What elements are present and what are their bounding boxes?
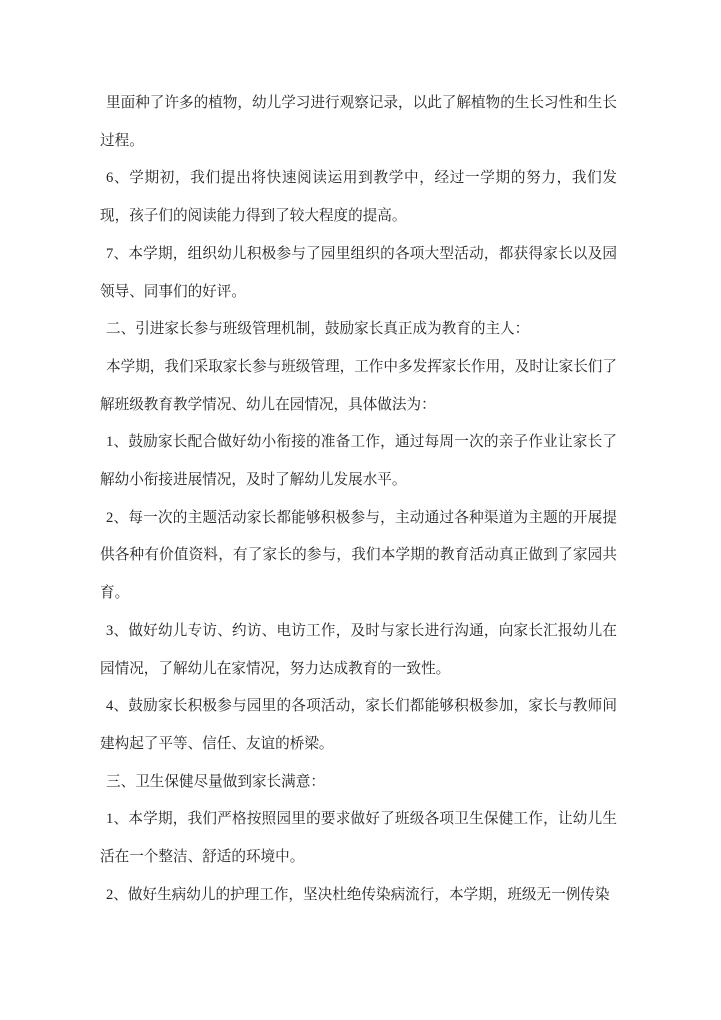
paragraph: 3、做好幼儿专访、约访、电访工作，及时与家长进行沟通，向家长汇报幼儿在园情况，了…	[100, 613, 617, 688]
paragraph: 2、每一次的主题活动家长都能够积极参与，主动通过各种渠道为主题的开展提供各种有价…	[100, 500, 617, 613]
paragraph: 4、鼓励家长积极参与园里的各项活动，家长们都能够积极参加，家长与教师间建构起了平…	[100, 688, 617, 763]
paragraph: 7、本学期，组织幼儿积极参与了园里组织的各项大型活动，都获得家长以及园领导、同事…	[100, 236, 617, 311]
paragraph: 里面种了许多的植物，幼儿学习进行观察记录，以此了解植物的生长习性和生长过程。	[100, 85, 617, 160]
paragraph: 2、做好生病幼儿的护理工作，坚决杜绝传染病流行，本学期，班级无一例传染	[100, 877, 617, 915]
paragraph: 1、本学期，我们严格按照园里的要求做好了班级各项卫生保健工作，让幼儿生活在一个整…	[100, 801, 617, 876]
section-heading: 二、引进家长参与班级管理机制，鼓励家长真正成为教育的主人：	[100, 311, 617, 349]
paragraph: 本学期，我们采取家长参与班级管理，工作中多发挥家长作用，及时让家长们了解班级教育…	[100, 349, 617, 424]
paragraph: 6、学期初，我们提出将快速阅读运用到教学中，经过一学期的努力，我们发现，孩子们的…	[100, 160, 617, 235]
document-page: 里面种了许多的植物，幼儿学习进行观察记录，以此了解植物的生长习性和生长过程。 6…	[0, 0, 721, 1020]
section-heading: 三、卫生保健尽量做到家长满意：	[100, 764, 617, 802]
paragraph: 1、鼓励家长配合做好幼小衔接的准备工作，通过每周一次的亲子作业让家长了解幼小衔接…	[100, 424, 617, 499]
